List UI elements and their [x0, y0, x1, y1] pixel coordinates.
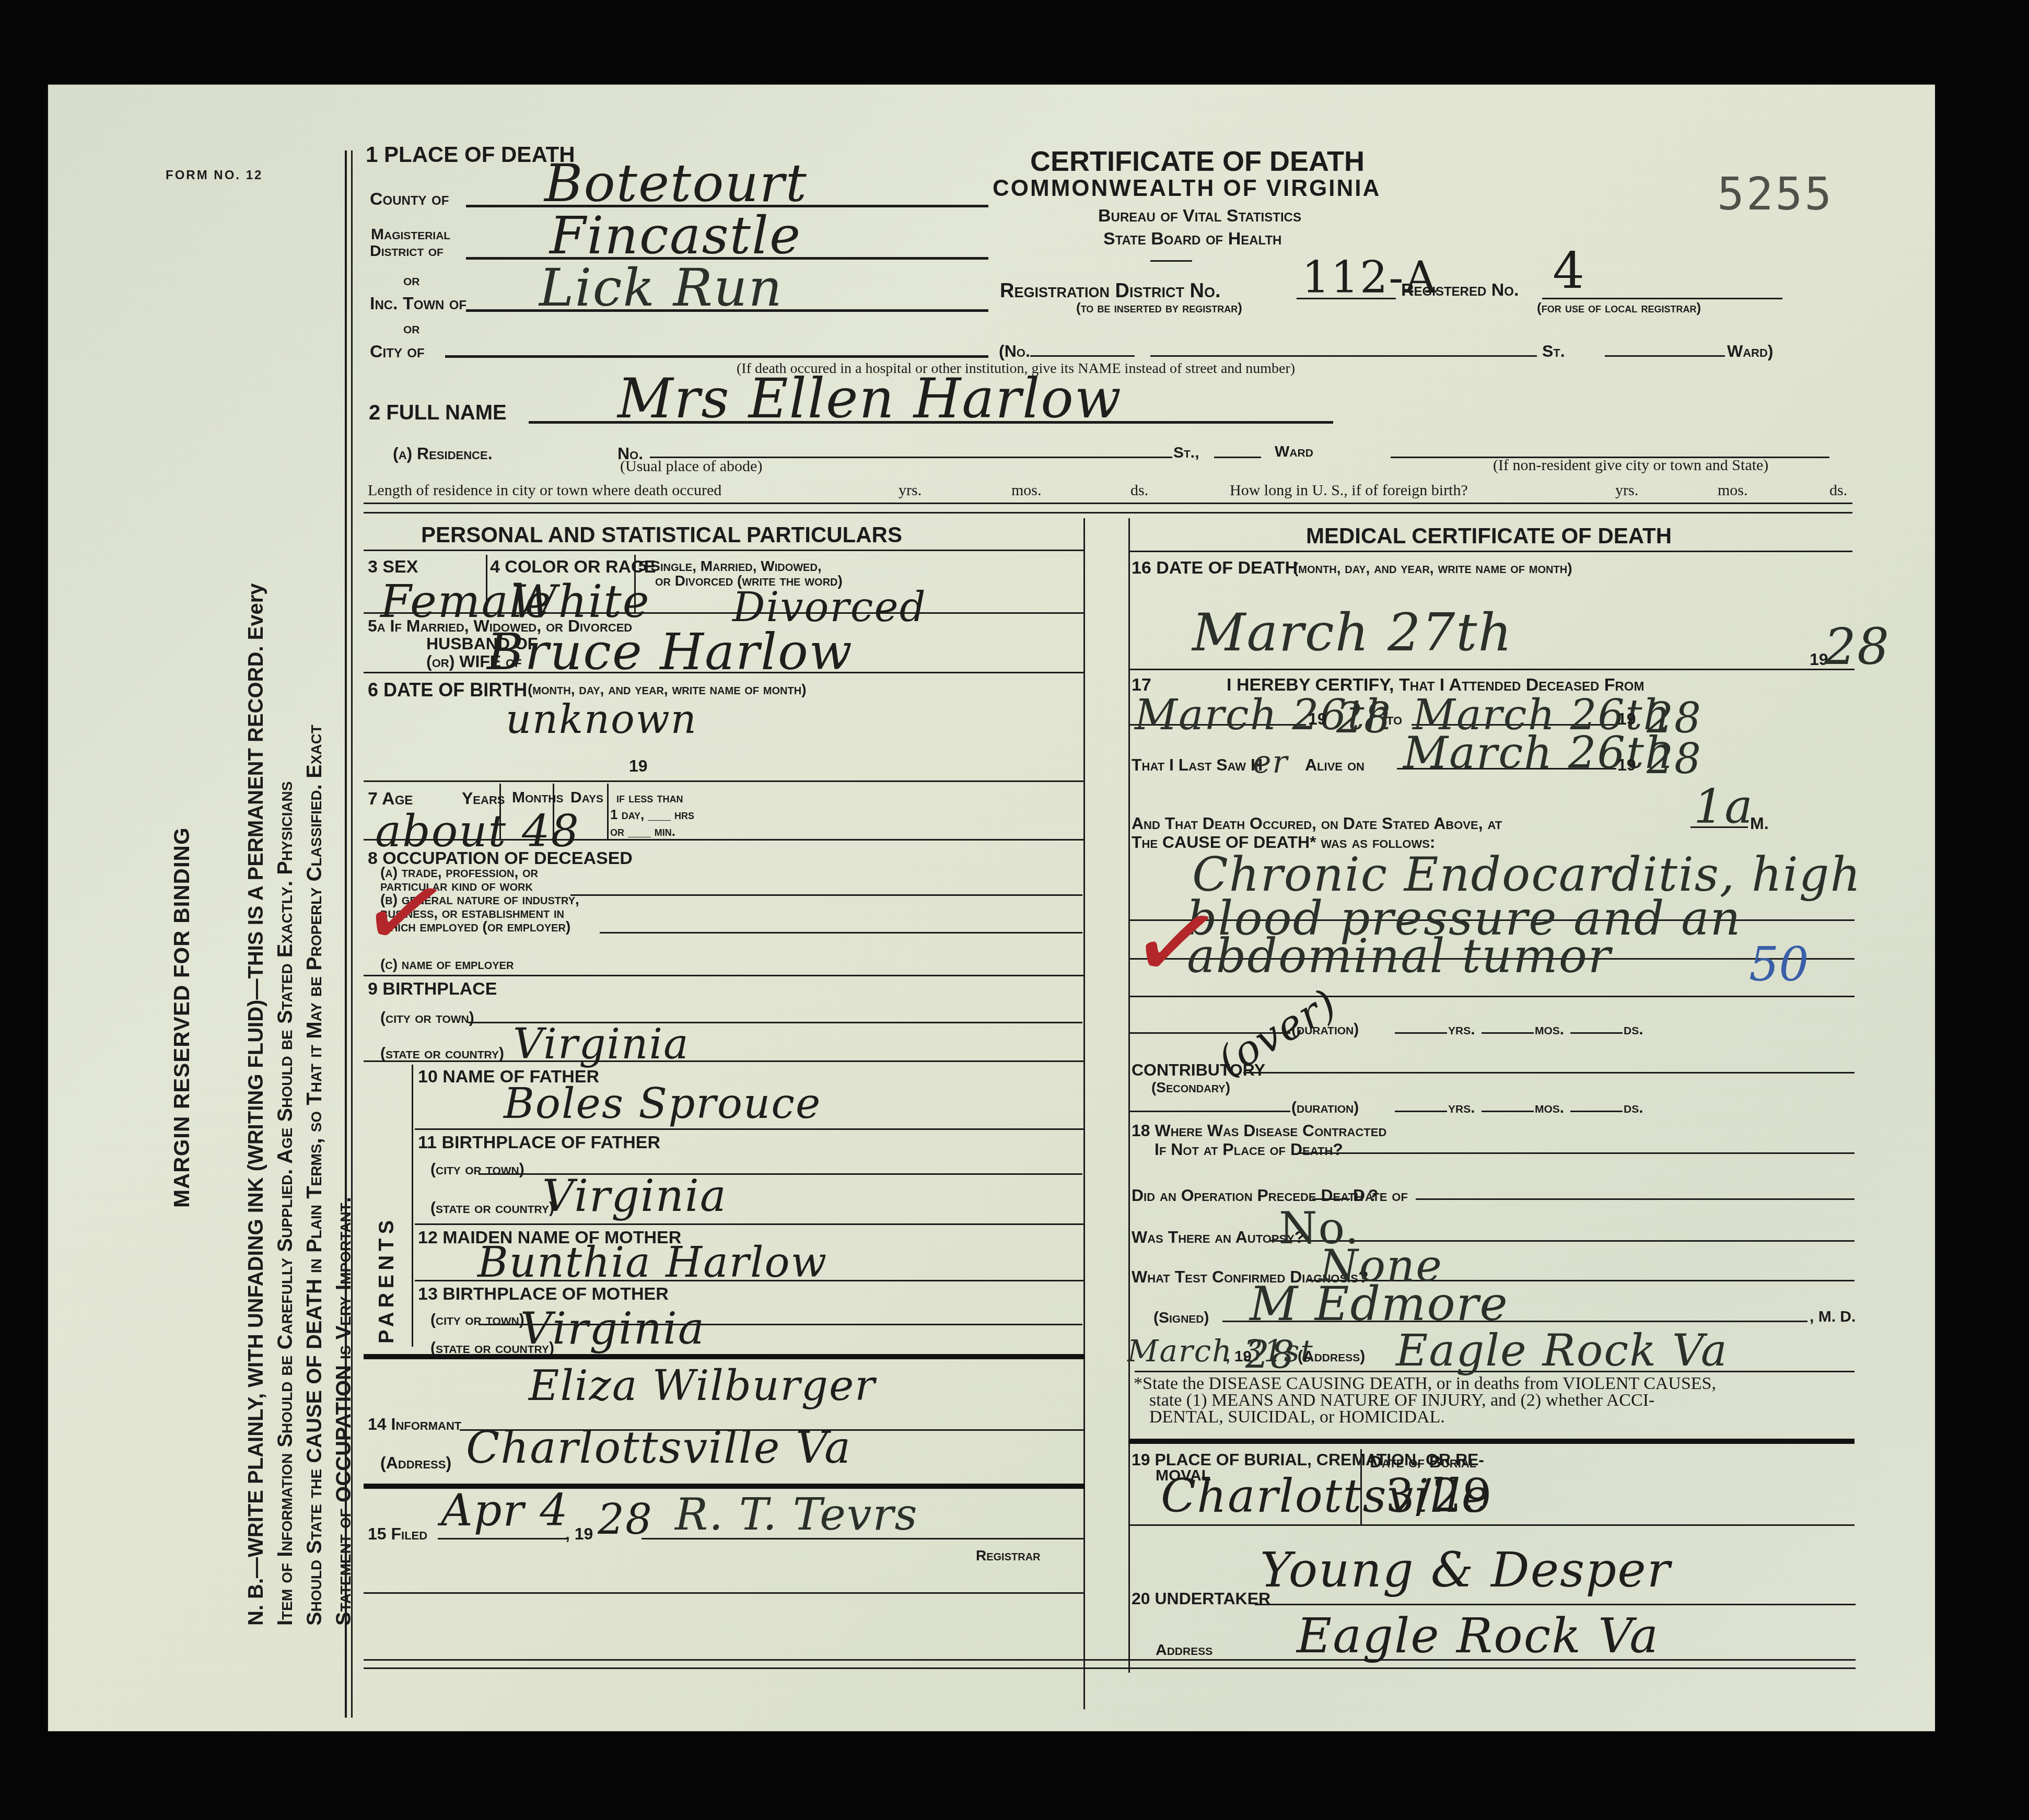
mother-birthplace-state[interactable]: Virginia [520, 1303, 705, 1354]
birthplace-state-label: (state or country) [380, 1045, 504, 1063]
magisterial-label: Magisterial [371, 226, 450, 243]
burial-date-value[interactable]: 3/29 [1385, 1469, 1493, 1523]
district-label: District of [370, 242, 444, 260]
years-divider [499, 784, 501, 839]
contracted-line [1298, 1152, 1855, 1154]
instruction-line-2: Item of Information Should be Carefully … [274, 781, 297, 1626]
dod-note: (month, day, and year, write name of mon… [1293, 560, 1572, 577]
filed-date-line [438, 1538, 568, 1539]
informant-address-label: (Address) [380, 1453, 451, 1473]
parents-label: PARENTS [375, 1216, 399, 1344]
instruction-line-1: N. B.—WRITE PLAINLY, WITH UNFADING INK (… [244, 583, 268, 1626]
contracted-label-1: 18 Where Was Disease Contracted [1132, 1121, 1386, 1140]
medical-heading-rule [1128, 551, 1852, 552]
death-time-suffix: M. [1750, 814, 1769, 833]
row-9-rule [364, 1060, 1085, 1062]
foreign-yrs-label: yrs. [1615, 482, 1638, 499]
duration-ds-line-2 [1570, 1111, 1623, 1112]
town-value[interactable]: Lick Run [539, 257, 783, 318]
medical-heading: MEDICAL CERTIFICATE OF DEATH [1306, 523, 1672, 549]
residence-st-line [1214, 457, 1261, 458]
undertaker-label: 20 UNDERTAKER [1132, 1589, 1270, 1608]
duration-yrs-1: yrs. [1448, 1021, 1475, 1039]
father-state-label: (state or country) [430, 1199, 554, 1217]
frame-left-rule-inner [351, 150, 353, 1718]
alive-on-label: Alive on [1305, 755, 1365, 775]
filed-year-prefix: , 19 [565, 1524, 593, 1544]
form-number: FORM NO. 12 [166, 168, 263, 183]
registration-district-note: (to be inserted by registrar) [1076, 300, 1242, 316]
father-city-label: (city or town) [430, 1161, 524, 1179]
instruction-line-3: Should State the CAUSE OF DEATH in Plain… [303, 725, 326, 1626]
attended-to-year-prefix: 19 [1617, 709, 1636, 729]
undertaker-line [1255, 1604, 1856, 1605]
last-saw-year[interactable]: 28 [1647, 734, 1702, 783]
sex-label: 3 SEX [368, 557, 418, 577]
bottom-rule-3 [364, 1667, 1856, 1669]
stamp-number: 5255 [1717, 168, 1834, 220]
bottom-rule-2 [364, 1659, 1856, 1661]
occupation-a-line [570, 894, 1082, 896]
sex-divider [486, 555, 487, 612]
birthplace-city-label: (city or town) [380, 1009, 474, 1027]
duration-label-1: (duration) [1291, 1021, 1359, 1039]
ward-line [1605, 355, 1725, 357]
duration-mos-1: mos. [1535, 1021, 1564, 1039]
duration-ds-1: ds. [1624, 1021, 1643, 1039]
residence-rule-1 [364, 503, 1852, 504]
duration-ds-line-1 [1570, 1032, 1623, 1034]
county-label: County of [370, 189, 449, 209]
duration-label-2: (duration) [1291, 1099, 1359, 1117]
full-name-label: 2 FULL NAME [369, 401, 507, 425]
registered-no-note: (for use of local registrar) [1537, 300, 1701, 316]
occupation-b-line [600, 932, 1082, 934]
to-label: to [1386, 709, 1402, 729]
informant-value[interactable]: Eliza Wilburger [529, 1361, 876, 1410]
contributory-line [1243, 1072, 1855, 1074]
duration-line-2 [1128, 1111, 1290, 1112]
father-birthplace-state[interactable]: Virginia [542, 1170, 727, 1221]
personal-heading-rule [364, 550, 1085, 551]
street-line [1150, 355, 1537, 357]
duration-line-1 [1128, 1032, 1290, 1034]
personal-heading: PERSONAL AND STATISTICAL PARTICULARS [421, 522, 902, 547]
burial-divider [1360, 1449, 1362, 1525]
signed-address-value[interactable]: Eagle Rock Va [1396, 1325, 1728, 1376]
frame-left-rule [345, 150, 347, 1718]
race-divider [634, 555, 636, 612]
town-label: Inc. Town of [370, 294, 467, 314]
dob-label: 6 DATE OF BIRTH [368, 679, 527, 701]
operation-date-label: Date of [1353, 1186, 1408, 1205]
bottom-rule-1 [364, 1592, 1085, 1594]
days-divider [607, 784, 609, 839]
header-divider [1150, 260, 1192, 262]
less-than-hrs: 1 day, ___ hrs [610, 807, 694, 823]
informant-address-value[interactable]: Charlottsville Va [466, 1422, 852, 1473]
certificate-title: CERTIFICATE OF DEATH [1030, 145, 1365, 178]
st-label: St. [1542, 342, 1565, 361]
dod-line [1128, 669, 1855, 670]
row-12-rule [415, 1280, 1083, 1281]
last-saw-year-prefix: 19 [1617, 755, 1636, 775]
filed-date-value[interactable]: Apr 4 [441, 1485, 569, 1536]
registrar-label: Registrar [976, 1547, 1041, 1564]
father-birthplace-label: 11 BIRTHPLACE OF FATHER [418, 1133, 660, 1153]
residence-st-label: St., [1173, 444, 1199, 462]
contracted-label-2: If Not at Place of Death? [1155, 1140, 1343, 1159]
dod-label: 16 DATE OF DEATH [1132, 558, 1298, 578]
birthplace-label: 9 BIRTHPLACE [368, 979, 497, 999]
or-label-2: or [403, 320, 420, 337]
days-label: Days [570, 789, 603, 807]
cause-code: 50 [1749, 937, 1809, 992]
length-yrs-label: yrs. [899, 482, 922, 499]
residence-label: (a) Residence. [393, 444, 493, 463]
burial-top-rule [1128, 1439, 1855, 1444]
undertaker-address-value[interactable]: Eagle Rock Va [1297, 1608, 1659, 1664]
row-13-rule [364, 1354, 1085, 1359]
dod-value[interactable]: March 27th [1192, 602, 1513, 663]
dob-value[interactable]: unknown [506, 696, 697, 742]
filed-year-value[interactable]: 28 [598, 1495, 653, 1544]
nonresident-note: (If non-resident give city or town and S… [1493, 457, 1768, 474]
cause-line-3[interactable]: abdominal tumor [1187, 929, 1612, 984]
death-certificate-paper: FORM NO. 12 MARGIN RESERVED FOR BINDING … [48, 85, 1935, 1731]
filed-label: 15 Filed [368, 1524, 427, 1544]
operation-line [1312, 1198, 1350, 1200]
race-label: 4 COLOR OR RACE [490, 557, 656, 577]
ward-label: Ward) [1727, 342, 1774, 361]
operation-date-line [1416, 1198, 1855, 1200]
row-6-rule [364, 780, 1085, 782]
residence-ward-label: Ward [1275, 443, 1313, 461]
signed-address-label: (Address) [1298, 1348, 1365, 1366]
bureau-name: Bureau of Vital Statistics [1098, 206, 1301, 226]
margin-note: MARGIN RESERVED FOR BINDING [169, 827, 194, 1208]
full-name-value[interactable]: Mrs Ellen Harlow [617, 367, 1122, 430]
foreign-ds-label: ds. [1829, 482, 1847, 499]
mother-birthplace-label: 13 BIRTHPLACE OF MOTHER [418, 1284, 669, 1304]
board-name: State Board of Health [1103, 229, 1281, 249]
red-check-icon-medical: ✓ [1120, 872, 1233, 1014]
length-mos-label: mos. [1011, 482, 1042, 499]
residence-rule-2 [364, 512, 1852, 514]
duration-yrs-2: yrs. [1448, 1099, 1475, 1117]
duration-ds-2: ds. [1624, 1099, 1643, 1117]
city-line [445, 355, 988, 358]
or-label: or [403, 272, 420, 289]
certificate-subtitle: COMMONWEALTH OF VIRGINIA [993, 176, 1381, 202]
column-divider-right [1128, 518, 1130, 1673]
attended-from-year[interactable]: 28 [1336, 694, 1392, 742]
duration-mos-2: mos. [1535, 1099, 1564, 1117]
foreign-mos-label: mos. [1718, 482, 1748, 499]
length-residence-label: Length of residence in city or town wher… [368, 482, 721, 499]
row-3-rule [364, 612, 1085, 614]
informant-label: 14 Informant [368, 1415, 461, 1434]
dod-year[interactable]: 28 [1824, 617, 1890, 676]
no-label: (No. [999, 342, 1030, 361]
contributory-label: CONTRIBUTORY [1132, 1060, 1265, 1080]
months-divider [553, 784, 554, 839]
father-value[interactable]: Boles Sprouce [504, 1079, 821, 1128]
undertaker-address-label: Address [1156, 1641, 1212, 1659]
last-saw-label: That I Last Saw H [1132, 755, 1263, 775]
less-than-label: if less than [616, 790, 683, 806]
row-5a-rule [364, 672, 1085, 673]
duration-yrs-line-2 [1395, 1111, 1447, 1112]
parents-divider [412, 1065, 413, 1347]
months-label: Months [512, 789, 564, 807]
md-label: , M. D. [1810, 1308, 1856, 1326]
city-label: City of [370, 342, 425, 362]
death-time-value[interactable]: 1a [1694, 779, 1754, 834]
signed-value[interactable]: M Edmore [1250, 1277, 1509, 1332]
row-10-rule [415, 1128, 1083, 1130]
duration-mos-line-1 [1482, 1032, 1534, 1034]
cause-rule-3 [1128, 996, 1855, 997]
signed-label: (Signed) [1153, 1309, 1209, 1327]
dob-year-prefix: 19 [629, 756, 648, 776]
attended-from-year-prefix: 19 [1308, 709, 1327, 729]
registration-district-label: Registration District No. [1000, 280, 1221, 302]
row-7-rule [364, 839, 1085, 841]
abode-note: (Usual place of abode) [620, 458, 762, 475]
last-saw-pronoun[interactable]: er [1253, 744, 1288, 780]
secondary-label: (Secondary) [1151, 1079, 1230, 1096]
undertaker-value[interactable]: Young & Desper [1260, 1542, 1671, 1598]
registrar-signature[interactable]: R. T. Tevrs [675, 1489, 918, 1540]
registered-no-value[interactable]: 4 [1553, 241, 1585, 300]
mother-city-label: (city or town) [430, 1311, 524, 1329]
length-ds-label: ds. [1130, 482, 1148, 499]
foreign-birth-label: How long in U. S., if of foreign birth? [1230, 482, 1468, 499]
column-divider [1083, 518, 1085, 1709]
row-11-rule [415, 1223, 1083, 1225]
registered-no-label: Registered No. [1401, 280, 1519, 300]
place-of-death-heading: 1 PLACE OF DEATH [366, 142, 575, 167]
no-line [1030, 355, 1135, 357]
duration-yrs-line-1 [1395, 1032, 1447, 1034]
footnote-line-3: DENTAL, SUICIDAL, or HOMICIDAL. [1149, 1407, 1445, 1427]
row-8-rule [364, 975, 1085, 976]
duration-mos-line-2 [1482, 1111, 1534, 1112]
death-time-label: And That Death Occured, on Date Stated A… [1132, 814, 1502, 833]
less-than-min: or ___ min. [610, 823, 675, 839]
burial-bottom-rule [1128, 1524, 1855, 1526]
